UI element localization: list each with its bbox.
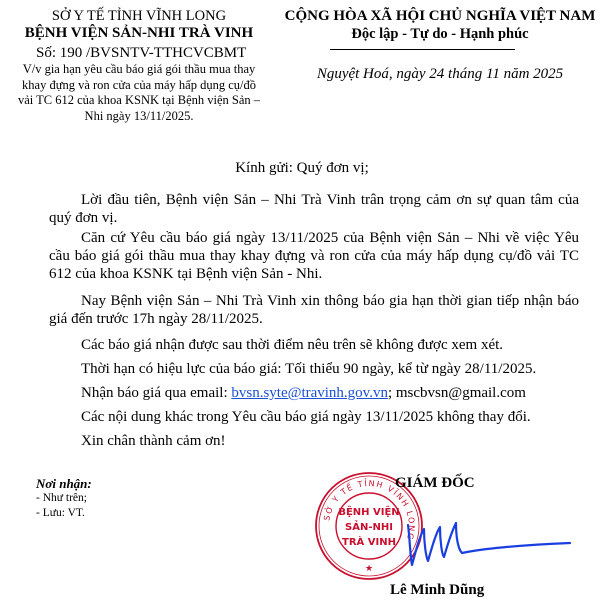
hospital-name: BỆNH VIỆN SẢN-NHI TRÀ VINH (14, 25, 264, 42)
place-date: Nguyệt Hoá, ngày 24 tháng 11 năm 2025 (270, 66, 604, 83)
email-secondary: mscbvsn@gmail.com (396, 385, 526, 401)
paragraph-basis: Căn cứ Yêu cầu báo giá ngày 13/11/2025 c… (49, 229, 579, 283)
salutation: Kính gửi: Quý đơn vị; (0, 160, 604, 177)
stamp-line: SẢN-NHI (345, 519, 393, 533)
stamp-line: TRÀ VINH (342, 535, 396, 548)
email-label: Nhận báo giá qua email: (81, 385, 231, 401)
document-subject: V/v gia hạn yêu cầu báo giá gói thầu mua… (14, 62, 264, 124)
recipient-item: - Như trên; (36, 492, 87, 504)
issuing-department: SỞ Y TẾ TỈNH VĨNH LONG (14, 8, 264, 25)
motto-underline (330, 49, 515, 50)
star-icon: ★ (365, 563, 373, 573)
late-quotes-note: Các báo giá nhận được sau thời điểm nêu … (81, 337, 503, 354)
closing-thanks: Xin chân thành cảm ơn! (81, 433, 226, 450)
paragraph-extension-text: Nay Bệnh viện Sản – Nhi Trà Vinh xin thô… (49, 293, 579, 327)
signer-title: GIÁM ĐỐC (395, 475, 475, 492)
document-number: Số: 190 /BVSNTV-TTHCVCBMT (36, 45, 246, 62)
paragraph-thanks: Lời đầu tiên, Bệnh viện Sản – Nhi Trà Vi… (49, 191, 579, 227)
unchanged-note: Các nội dung khác trong Yêu cầu báo giá … (81, 409, 531, 426)
recipients-title: Nơi nhận: (36, 476, 92, 492)
recipient-item: - Lưu: VT. (36, 507, 85, 519)
email-line: Nhận báo giá qua email: bvsn.syte@travin… (81, 385, 526, 402)
handwritten-signature (400, 515, 600, 575)
validity-note: Thời hạn có hiệu lực của báo giá: Tối th… (81, 361, 536, 378)
email-separator: ; (388, 385, 396, 401)
paragraph-extension: Nay Bệnh viện Sản – Nhi Trà Vinh xin thô… (49, 292, 579, 328)
email-link-primary[interactable]: bvsn.syte@travinh.gov.vn (231, 385, 388, 401)
paragraph-thanks-text: Lời đầu tiên, Bệnh viện Sản – Nhi Trà Vi… (49, 192, 579, 226)
signer-name: Lê Minh Dũng (390, 582, 484, 599)
national-motto: Độc lập - Tự do - Hạnh phúc (270, 26, 604, 43)
stamp-line: BỆNH VIỆN (338, 505, 399, 518)
national-title: CỘNG HÒA XÃ HỘI CHỦ NGHĨA VIỆT NAM (270, 8, 604, 25)
paragraph-basis-text: Căn cứ Yêu cầu báo giá ngày 13/11/2025 c… (49, 230, 579, 282)
